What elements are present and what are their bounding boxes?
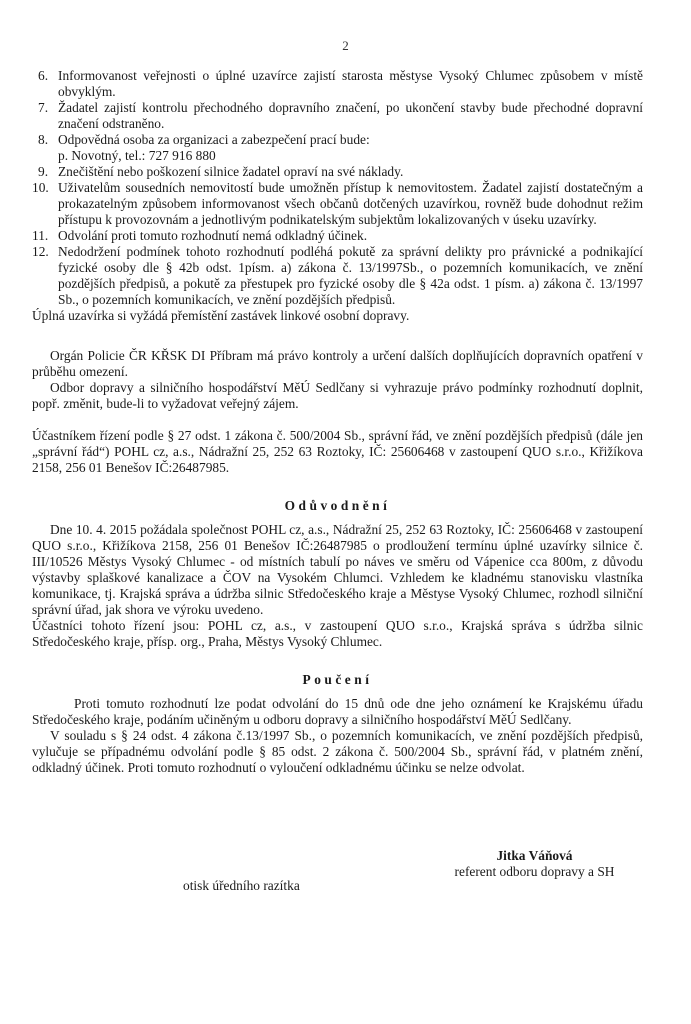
signatory-name: Jitka Váňová bbox=[447, 848, 622, 864]
condition-text: Odvolání proti tomuto rozhodnutí nemá od… bbox=[58, 228, 367, 243]
condition-item: 9. Znečištění nebo poškození silnice žad… bbox=[32, 164, 643, 180]
condition-item: 7. Žadatel zajistí kontrolu přechodného … bbox=[32, 100, 643, 132]
condition-number: 10. bbox=[32, 180, 49, 196]
responsible-person: p. Novotný, tel.: 727 916 880 bbox=[58, 148, 216, 163]
condition-number: 12. bbox=[32, 244, 49, 260]
condition-text: Odpovědná osoba za organizaci a zabezpeč… bbox=[58, 132, 370, 147]
condition-text: Znečištění nebo poškození silnice žadate… bbox=[58, 164, 403, 179]
justification-heading: Odůvodnění bbox=[32, 498, 643, 514]
document-body: 6. Informovanost veřejnosti o úplné uzav… bbox=[32, 68, 643, 776]
signatory-title: referent odboru dopravy a SH bbox=[447, 864, 622, 880]
participant-paragraph: Účastníkem řízení podle § 27 odst. 1 zák… bbox=[32, 428, 643, 476]
instruction-heading: Poučení bbox=[32, 672, 643, 688]
police-paragraph: Orgán Policie ČR KŘSK DI Příbram má práv… bbox=[32, 348, 643, 380]
department-paragraph: Odbor dopravy a silničního hospodářství … bbox=[32, 380, 643, 412]
condition-item: 8. Odpovědná osoba za organizaci a zabez… bbox=[32, 132, 643, 164]
justification-paragraph: Dne 10. 4. 2015 požádala společnost POHL… bbox=[32, 522, 643, 618]
appeal-paragraph: Proti tomuto rozhodnutí lze podat odvolá… bbox=[32, 696, 643, 728]
condition-text: Informovanost veřejnosti o úplné uzavírc… bbox=[58, 68, 643, 99]
condition-number: 8. bbox=[38, 132, 48, 148]
condition-number: 11. bbox=[32, 228, 48, 244]
condition-number: 6. bbox=[38, 68, 48, 84]
condition-item: 10. Uživatelům sousedních nemovitostí bu… bbox=[32, 180, 643, 228]
condition-item: 12. Nedodržení podmínek tohoto rozhodnut… bbox=[32, 244, 643, 308]
condition-item: 6. Informovanost veřejnosti o úplné uzav… bbox=[32, 68, 643, 100]
page-number: 2 bbox=[0, 38, 691, 54]
condition-text: Uživatelům sousedních nemovitostí bude u… bbox=[58, 180, 643, 227]
condition-number: 7. bbox=[38, 100, 48, 116]
suspensive-effect-paragraph: V souladu s § 24 odst. 4 zákona č.13/199… bbox=[32, 728, 643, 776]
condition-text: Nedodržení podmínek tohoto rozhodnutí po… bbox=[58, 244, 643, 307]
condition-item: 11. Odvolání proti tomuto rozhodnutí nem… bbox=[32, 228, 643, 244]
condition-text: Žadatel zajistí kontrolu přechodného dop… bbox=[58, 100, 643, 131]
condition-number: 9. bbox=[38, 164, 48, 180]
official-stamp-label: otisk úředního razítka bbox=[183, 878, 300, 894]
participants-paragraph: Účastníci tohoto řízení jsou: POHL cz, a… bbox=[32, 618, 643, 650]
conditions-list: 6. Informovanost veřejnosti o úplné uzav… bbox=[32, 68, 643, 308]
signature-block: Jitka Váňová referent odboru dopravy a S… bbox=[447, 848, 622, 880]
closure-note: Úplná uzavírka si vyžádá přemístění zast… bbox=[32, 308, 643, 324]
